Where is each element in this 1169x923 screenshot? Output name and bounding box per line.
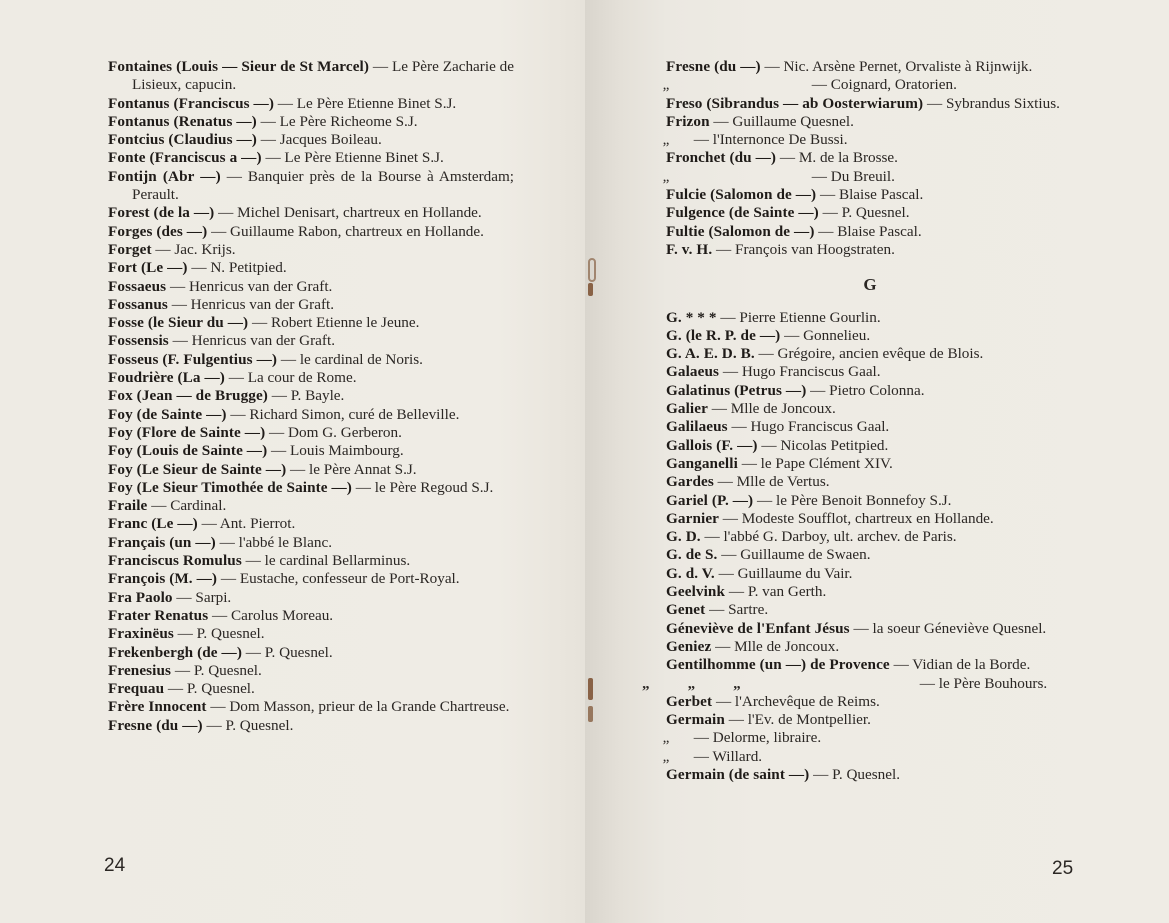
em-dash-separator: — xyxy=(850,620,873,637)
em-dash-separator: — xyxy=(174,625,197,642)
real-name: Modeste Soufflot, chartreux en Hollande. xyxy=(742,510,994,527)
real-name: le Père Bouhours. xyxy=(939,675,1047,692)
em-dash-separator: — xyxy=(815,223,838,240)
pseudonym: Fontanus (Renatus —) xyxy=(108,113,257,130)
real-name: Mlle de Joncoux. xyxy=(734,638,839,655)
index-entry: Fulcie (Salomon de —) — Blaise Pascal. xyxy=(666,186,1074,204)
pseudonym: Français (un —) xyxy=(108,534,216,551)
real-name: Le Père Etienne Binet S.J. xyxy=(284,149,443,166)
em-dash-separator: — xyxy=(717,309,740,326)
real-name: Michel Denisart, chartreux en Hollande. xyxy=(237,204,482,221)
em-dash-separator: — xyxy=(719,510,742,527)
pseudonym: Frater Renatus xyxy=(108,607,208,624)
pseudonym: F. v. H. xyxy=(666,241,712,258)
real-name: Jacques Boileau. xyxy=(280,131,382,148)
pseudonym: Fontijn (Abr —) xyxy=(108,168,221,185)
real-name: Willard. xyxy=(713,748,763,765)
em-dash-separator: — xyxy=(173,589,196,606)
pseudonym: Foy (Le Sieur Timothée de Sainte —) xyxy=(108,479,352,496)
index-entry: Frekenbergh (de —) — P. Quesnel. xyxy=(108,644,514,662)
em-dash-separator: — xyxy=(203,717,226,734)
em-dash-separator: — xyxy=(923,95,946,112)
index-entry: Fontcius (Claudius —) — Jacques Boileau. xyxy=(108,131,514,149)
pseudonym: Franciscus Romulus xyxy=(108,552,242,569)
real-name: Ant. Pierrot. xyxy=(220,515,296,532)
em-dash-separator: — xyxy=(712,693,735,710)
pseudonym: Foudrière (La —) xyxy=(108,369,225,386)
em-dash-separator: — xyxy=(214,204,237,221)
em-dash-separator: — xyxy=(217,570,240,587)
ditto-mark: „ xyxy=(666,76,690,94)
pseudonym: Fulgence (de Sainte —) xyxy=(666,204,819,221)
page-number-right: 25 xyxy=(1052,858,1073,880)
pseudonym: Foy (Louis de Sainte —) xyxy=(108,442,267,459)
real-name: le Père Regoud S.J. xyxy=(375,479,494,496)
index-entry: Fosse (le Sieur du —) — Robert Etienne l… xyxy=(108,314,514,332)
pseudonym: Fontaines (Louis — Sieur de St Marcel) xyxy=(108,58,369,75)
real-name: Vidian de la Borde. xyxy=(912,656,1030,673)
index-entry: „ — Du Breuil. xyxy=(666,168,1074,186)
real-name: P. Quesnel. xyxy=(187,680,255,697)
index-entry: Frater Renatus — Carolus Moreau. xyxy=(108,607,514,625)
real-name: Henricus van der Graft. xyxy=(189,278,332,295)
index-entry: Germain — l'Ev. de Montpellier. xyxy=(666,711,1074,729)
pseudonym: Fossaeus xyxy=(108,278,166,295)
index-entry: „ — Delorme, libraire. xyxy=(666,729,1074,747)
index-entry: G. A. E. D. B. — Grégoire, ancien evêque… xyxy=(666,345,1074,363)
em-dash-separator: — xyxy=(221,168,248,185)
index-entry: François (M. —) — Eustache, confesseur d… xyxy=(108,570,514,588)
em-dash-separator: — xyxy=(268,387,291,404)
em-dash-separator: — xyxy=(728,418,751,435)
real-name: Le Père Richeome S.J. xyxy=(280,113,418,130)
index-entry: „ — l'Internonce De Bussi. xyxy=(666,131,1074,149)
em-dash-separator: — xyxy=(690,748,713,765)
em-dash-separator: — xyxy=(705,601,728,618)
real-name: Guillaume du Vair. xyxy=(738,565,853,582)
em-dash-separator: — xyxy=(809,766,832,783)
pseudonym: Fronchet (du —) xyxy=(666,149,776,166)
index-entry: Frizon — Guillaume Quesnel. xyxy=(666,113,1074,131)
pseudonym: Garnier xyxy=(666,510,719,527)
real-name: Henricus van der Graft. xyxy=(191,296,334,313)
real-name: P. Quesnel. xyxy=(832,766,900,783)
real-name: Delorme, libraire. xyxy=(713,729,821,746)
real-name: Eustache, confesseur de Port-Royal. xyxy=(240,570,460,587)
em-dash-separator: — xyxy=(753,492,776,509)
em-dash-separator: — xyxy=(267,442,290,459)
em-dash-separator: — xyxy=(712,241,735,258)
real-name: Nicolas Petitpied. xyxy=(780,437,888,454)
real-name: Hugo Franciscus Gaal. xyxy=(750,418,889,435)
real-name: Robert Etienne le Jeune. xyxy=(271,314,419,331)
index-entry: G. d. V. — Guillaume du Vair. xyxy=(666,565,1074,583)
real-name: le Père Benoit Bonnefoy S.J. xyxy=(776,492,951,509)
real-name: Dom G. Gerberon. xyxy=(288,424,402,441)
em-dash-separator: — xyxy=(715,565,738,582)
real-name: l'Archevêque de Reims. xyxy=(735,693,880,710)
index-entry: Fultie (Salomon de —) — Blaise Pascal. xyxy=(666,223,1074,241)
index-entry: Forest (de la —) — Michel Denisart, char… xyxy=(108,204,514,222)
pseudonym: Germain xyxy=(666,711,725,728)
pseudonym: Galier xyxy=(666,400,708,417)
index-entry: „ „ „ — le Père Bouhours. xyxy=(666,675,1074,693)
pseudonym: Forges (des —) xyxy=(108,223,207,240)
em-dash-separator: — xyxy=(819,204,842,221)
em-dash-separator: — xyxy=(806,382,829,399)
index-entry: Garnier — Modeste Soufflot, chartreux en… xyxy=(666,510,1074,528)
em-dash-separator: — xyxy=(188,259,211,276)
index-entry: Foy (Louis de Sainte —) — Louis Maimbour… xyxy=(108,442,514,460)
index-entry: Frenesius — P. Quesnel. xyxy=(108,662,514,680)
index-entry: Fronchet (du —) — M. de la Brosse. xyxy=(666,149,1074,167)
em-dash-separator: — xyxy=(725,711,748,728)
real-name: le Père Annat S.J. xyxy=(309,461,417,478)
ditto-mark: „ xyxy=(666,729,690,747)
pseudonym: Gerbet xyxy=(666,693,712,710)
index-entry: Fossanus — Henricus van der Graft. xyxy=(108,296,514,314)
right-page: Fresne (du —) — Nic. Arsène Pernet, Orva… xyxy=(585,0,1169,923)
real-name: Blaise Pascal. xyxy=(837,223,921,240)
real-name: Grégoire, ancien evêque de Blois. xyxy=(778,345,984,362)
index-entry: Fulgence (de Sainte —) — P. Quesnel. xyxy=(666,204,1074,222)
pseudonym: Géneviève de l'Enfant Jésus xyxy=(666,620,850,637)
real-name: Blaise Pascal. xyxy=(839,186,923,203)
pseudonym: Geelvink xyxy=(666,583,725,600)
pseudonym: G. D. xyxy=(666,528,701,545)
pseudonym: Fra Paolo xyxy=(108,589,173,606)
index-entry: Galatinus (Petrus —) — Pietro Colonna. xyxy=(666,382,1074,400)
index-entry: Ganganelli — le Pape Clément XIV. xyxy=(666,455,1074,473)
index-entry: Fontanus (Renatus —) — Le Père Richeome … xyxy=(108,113,514,131)
pseudonym: Frère Innocent xyxy=(108,698,207,715)
pseudonym: Fraile xyxy=(108,497,147,514)
em-dash-separator: — xyxy=(208,607,231,624)
index-entry: Français (un —) — l'abbé le Blanc. xyxy=(108,534,514,552)
real-name: l'Ev. de Montpellier. xyxy=(748,711,871,728)
em-dash-separator: — xyxy=(708,400,731,417)
em-dash-separator: — xyxy=(171,662,194,679)
em-dash-separator: — xyxy=(780,327,803,344)
pseudonym: Galatinus (Petrus —) xyxy=(666,382,806,399)
real-name: Le Père Etienne Binet S.J. xyxy=(297,95,456,112)
index-entry: Fontanus (Franciscus —) — Le Père Etienn… xyxy=(108,95,514,113)
pseudonym: Fox (Jean — de Brugge) xyxy=(108,387,268,404)
pseudonym: Fonte (Franciscus a —) xyxy=(108,149,262,166)
index-entry: Franciscus Romulus — le cardinal Bellarm… xyxy=(108,552,514,570)
em-dash-separator: — xyxy=(227,406,250,423)
pseudonym: Geniez xyxy=(666,638,711,655)
real-name: P. Quesnel. xyxy=(225,717,293,734)
pseudonym: Fresne (du —) xyxy=(666,58,761,75)
index-entry: Gardes — Mlle de Vertus. xyxy=(666,473,1074,491)
em-dash-separator: — xyxy=(274,95,297,112)
em-dash-separator: — xyxy=(701,528,724,545)
index-entry: Forges (des —) — Guillaume Rabon, chartr… xyxy=(108,223,514,241)
pseudonym: Fulcie (Salomon de —) xyxy=(666,186,816,203)
real-name: P. Bayle. xyxy=(291,387,345,404)
index-entry: G. D. — l'abbé G. Darboy, ult. archev. d… xyxy=(666,528,1074,546)
pseudonym: François (M. —) xyxy=(108,570,217,587)
index-entry: Fox (Jean — de Brugge) — P. Bayle. xyxy=(108,387,514,405)
index-entry: Gariel (P. —) — le Père Benoit Bonnefoy … xyxy=(666,492,1074,510)
ditto-mark: „ xyxy=(666,131,690,149)
em-dash-separator: — xyxy=(717,546,740,563)
real-name: le cardinal Bellarminus. xyxy=(265,552,411,569)
real-name: Carolus Moreau. xyxy=(231,607,333,624)
pseudonym: Galilaeus xyxy=(666,418,728,435)
pseudonym: Gentilhomme (un —) de Provence xyxy=(666,656,890,673)
ditto-mark: „ „ „ xyxy=(666,675,916,693)
em-dash-separator: — xyxy=(216,534,239,551)
em-dash-separator: — xyxy=(776,149,799,166)
index-entry: Galier — Mlle de Joncoux. xyxy=(666,400,1074,418)
em-dash-separator: — xyxy=(207,698,230,715)
g-entries: G. * * * — Pierre Etienne Gourlin.G. (le… xyxy=(666,309,1074,785)
pseudonym: Franc (Le —) xyxy=(108,515,198,532)
em-dash-separator: — xyxy=(761,58,784,75)
index-entry: G. (le R. P. de —) — Gonnelieu. xyxy=(666,327,1074,345)
em-dash-separator: — xyxy=(738,455,761,472)
em-dash-separator: — xyxy=(890,656,913,673)
em-dash-separator: — xyxy=(725,583,748,600)
real-name: La cour de Rome. xyxy=(248,369,357,386)
em-dash-separator: — xyxy=(198,515,220,532)
pseudonym: Foy (Le Sieur de Sainte —) xyxy=(108,461,286,478)
left-page-entries: Fontaines (Louis — Sieur de St Marcel) —… xyxy=(108,58,514,735)
index-entry: G. de S. — Guillaume de Swaen. xyxy=(666,546,1074,564)
em-dash-separator: — xyxy=(168,296,191,313)
em-dash-separator: — xyxy=(242,644,265,661)
index-entry: Galilaeus — Hugo Franciscus Gaal. xyxy=(666,418,1074,436)
index-entry: Foy (Le Sieur de Sainte —) — le Père Ann… xyxy=(108,461,514,479)
real-name: Henricus van der Graft. xyxy=(192,332,335,349)
pseudonym: Foy (de Sainte —) xyxy=(108,406,227,423)
index-entry: Fort (Le —) — N. Petitpied. xyxy=(108,259,514,277)
ditto-mark: „ xyxy=(666,748,690,766)
index-entry: Geelvink — P. van Gerth. xyxy=(666,583,1074,601)
index-entry: Foy (Le Sieur Timothée de Sainte —) — le… xyxy=(108,479,514,497)
pseudonym: Frenesius xyxy=(108,662,171,679)
em-dash-separator: — xyxy=(207,223,230,240)
index-entry: Fosseus (F. Fulgentius —) — le cardinal … xyxy=(108,351,514,369)
binding-staple-top xyxy=(588,258,596,282)
pseudonym: Genet xyxy=(666,601,705,618)
index-entry: Galaeus — Hugo Franciscus Gaal. xyxy=(666,363,1074,381)
index-entry: Fossensis — Henricus van der Graft. xyxy=(108,332,514,350)
real-name: Nic. Arsène Pernet, Orvaliste à Rijnwijk… xyxy=(783,58,1032,75)
real-name: Pierre Etienne Gourlin. xyxy=(739,309,880,326)
pseudonym: Gariel (P. —) xyxy=(666,492,753,509)
index-entry: Geniez — Mlle de Joncoux. xyxy=(666,638,1074,656)
real-name: Du Breuil. xyxy=(831,168,895,185)
index-entry: Frère Innocent — Dom Masson, prieur de l… xyxy=(108,698,514,716)
real-name: Sarpi. xyxy=(195,589,231,606)
binding-staple-top-lower xyxy=(588,283,593,296)
em-dash-separator: — xyxy=(369,58,392,75)
real-name: P. Quesnel. xyxy=(842,204,910,221)
real-name: Louis Maimbourg. xyxy=(290,442,404,459)
real-name: Mlle de Vertus. xyxy=(737,473,830,490)
pseudonym: Fossanus xyxy=(108,296,168,313)
real-name: l'Internonce De Bussi. xyxy=(713,131,848,148)
index-entry: F. v. H. — François van Hoogstraten. xyxy=(666,241,1074,259)
pseudonym: Gardes xyxy=(666,473,714,490)
index-entry: Fresne (du —) — P. Quesnel. xyxy=(108,717,514,735)
pseudonym: Ganganelli xyxy=(666,455,738,472)
em-dash-separator: — xyxy=(719,363,742,380)
index-entry: Fraile — Cardinal. xyxy=(108,497,514,515)
real-name: Jac. Krijs. xyxy=(174,241,235,258)
real-name: P. Quesnel. xyxy=(197,625,265,642)
em-dash-separator: — xyxy=(277,351,300,368)
real-name: le cardinal de Noris. xyxy=(300,351,423,368)
pseudonym: Fultie (Salomon de —) xyxy=(666,223,815,240)
index-entry: Freso (Sibrandus — ab Oosterwiarum) — Sy… xyxy=(666,95,1074,113)
index-entry: Gallois (F. —) — Nicolas Petitpied. xyxy=(666,437,1074,455)
real-name: Gonnelieu. xyxy=(803,327,870,344)
index-entry: Géneviève de l'Enfant Jésus — la soeur G… xyxy=(666,620,1074,638)
real-name: Hugo Franciscus Gaal. xyxy=(742,363,881,380)
pseudonym: Frizon xyxy=(666,113,710,130)
left-page: Fontaines (Louis — Sieur de St Marcel) —… xyxy=(0,0,585,923)
pseudonym: Fosse (le Sieur du —) xyxy=(108,314,248,331)
real-name: l'abbé le Blanc. xyxy=(239,534,332,551)
em-dash-separator: — xyxy=(690,729,713,746)
pseudonym: Fossensis xyxy=(108,332,169,349)
pseudonym: Fosseus (F. Fulgentius —) xyxy=(108,351,277,368)
index-entry: Foudrière (La —) — La cour de Rome. xyxy=(108,369,514,387)
em-dash-separator: — xyxy=(711,638,734,655)
em-dash-separator: — xyxy=(286,461,309,478)
em-dash-separator: — xyxy=(257,113,280,130)
em-dash-separator: — xyxy=(808,168,831,185)
em-dash-separator: — xyxy=(169,332,192,349)
real-name: Dom Masson, prieur de la Grande Chartreu… xyxy=(229,698,509,715)
pseudonym: G. * * * xyxy=(666,309,717,326)
pseudonym: Forest (de la —) xyxy=(108,204,214,221)
index-entry: Fresne (du —) — Nic. Arsène Pernet, Orva… xyxy=(666,58,1074,76)
em-dash-separator: — xyxy=(262,149,285,166)
index-entry: Fontijn (Abr —) — Banquier près de la Bo… xyxy=(108,168,514,205)
index-entry: Fra Paolo — Sarpi. xyxy=(108,589,514,607)
em-dash-separator: — xyxy=(147,497,170,514)
index-entry: Forget — Jac. Krijs. xyxy=(108,241,514,259)
pseudonym: G. d. V. xyxy=(666,565,715,582)
real-name: Sybrandus Sixtius. xyxy=(946,95,1060,112)
index-entry: Foy (Flore de Sainte —) — Dom G. Gerbero… xyxy=(108,424,514,442)
pseudonym: Fraxinëus xyxy=(108,625,174,642)
real-name: François van Hoogstraten. xyxy=(735,241,895,258)
index-entry: Fonte (Franciscus a —) — Le Père Etienne… xyxy=(108,149,514,167)
em-dash-separator: — xyxy=(352,479,375,496)
pseudonym: Fort (Le —) xyxy=(108,259,188,276)
binding-staple-bottom xyxy=(588,678,593,700)
binding-staple-bottom-lower xyxy=(588,706,593,722)
index-entry: Franc (Le —) — Ant. Pierrot. xyxy=(108,515,514,533)
book-spread: Fontaines (Louis — Sieur de St Marcel) —… xyxy=(0,0,1169,923)
pseudonym: G. A. E. D. B. xyxy=(666,345,755,362)
em-dash-separator: — xyxy=(242,552,265,569)
em-dash-separator: — xyxy=(916,675,939,692)
pseudonym: Foy (Flore de Sainte —) xyxy=(108,424,265,441)
index-entry: Fossaeus — Henricus van der Graft. xyxy=(108,278,514,296)
index-entry: Frequau — P. Quesnel. xyxy=(108,680,514,698)
pseudonym: Fontcius (Claudius —) xyxy=(108,131,257,148)
f-entries-continued: Fresne (du —) — Nic. Arsène Pernet, Orva… xyxy=(666,58,1074,259)
right-page-entries: Fresne (du —) — Nic. Arsène Pernet, Orva… xyxy=(666,58,1074,784)
pseudonym: Forget xyxy=(108,241,152,258)
index-entry: „ — Coignard, Oratorien. xyxy=(666,76,1074,94)
real-name: Pietro Colonna. xyxy=(829,382,924,399)
em-dash-separator: — xyxy=(816,186,839,203)
real-name: N. Petitpied. xyxy=(210,259,286,276)
em-dash-separator: — xyxy=(758,437,781,454)
em-dash-separator: — xyxy=(152,241,175,258)
page-number-left: 24 xyxy=(104,855,125,877)
em-dash-separator: — xyxy=(164,680,187,697)
em-dash-separator: — xyxy=(808,76,831,93)
index-entry: Gentilhomme (un —) de Provence — Vidian … xyxy=(666,656,1074,674)
real-name: Cardinal. xyxy=(170,497,226,514)
index-entry: Fraxinëus — P. Quesnel. xyxy=(108,625,514,643)
real-name: M. de la Brosse. xyxy=(799,149,898,166)
em-dash-separator: — xyxy=(714,473,737,490)
pseudonym: G. (le R. P. de —) xyxy=(666,327,780,344)
real-name: le Pape Clément XIV. xyxy=(761,455,893,472)
em-dash-separator: — xyxy=(755,345,778,362)
pseudonym: Gallois (F. —) xyxy=(666,437,758,454)
index-entry: Genet — Sartre. xyxy=(666,601,1074,619)
em-dash-separator: — xyxy=(710,113,733,130)
real-name: Mlle de Joncoux. xyxy=(731,400,836,417)
em-dash-separator: — xyxy=(690,131,713,148)
real-name: Richard Simon, curé de Belleville. xyxy=(249,406,459,423)
pseudonym: Germain (de saint —) xyxy=(666,766,809,783)
real-name: l'abbé G. Darboy, ult. archev. de Paris. xyxy=(723,528,956,545)
em-dash-separator: — xyxy=(166,278,189,295)
real-name: P. Quesnel. xyxy=(265,644,333,661)
real-name: Sartre. xyxy=(728,601,768,618)
em-dash-separator: — xyxy=(257,131,280,148)
real-name: la soeur Géneviève Quesnel. xyxy=(872,620,1046,637)
index-entry: Fontaines (Louis — Sieur de St Marcel) —… xyxy=(108,58,514,95)
pseudonym: Fontanus (Franciscus —) xyxy=(108,95,274,112)
index-entry: „ — Willard. xyxy=(666,748,1074,766)
em-dash-separator: — xyxy=(265,424,288,441)
section-letter-heading: G xyxy=(666,276,1074,294)
index-entry: Gerbet — l'Archevêque de Reims. xyxy=(666,693,1074,711)
pseudonym: Freso (Sibrandus — ab Oosterwiarum) xyxy=(666,95,923,112)
index-entry: Foy (de Sainte —) — Richard Simon, curé … xyxy=(108,406,514,424)
pseudonym: Galaeus xyxy=(666,363,719,380)
pseudonym: Fresne (du —) xyxy=(108,717,203,734)
real-name: Guillaume Quesnel. xyxy=(732,113,853,130)
em-dash-separator: — xyxy=(225,369,248,386)
real-name: P. van Gerth. xyxy=(748,583,826,600)
pseudonym: Frequau xyxy=(108,680,164,697)
index-entry: Germain (de saint —) — P. Quesnel. xyxy=(666,766,1074,784)
pseudonym: Frekenbergh (de —) xyxy=(108,644,242,661)
em-dash-separator: — xyxy=(248,314,271,331)
real-name: Guillaume Rabon, chartreux en Hollande. xyxy=(230,223,484,240)
ditto-mark: „ xyxy=(666,168,690,186)
real-name: Coignard, Oratorien. xyxy=(831,76,957,93)
real-name: Guillaume de Swaen. xyxy=(740,546,870,563)
pseudonym: G. de S. xyxy=(666,546,717,563)
index-entry: G. * * * — Pierre Etienne Gourlin. xyxy=(666,309,1074,327)
real-name: P. Quesnel. xyxy=(194,662,262,679)
